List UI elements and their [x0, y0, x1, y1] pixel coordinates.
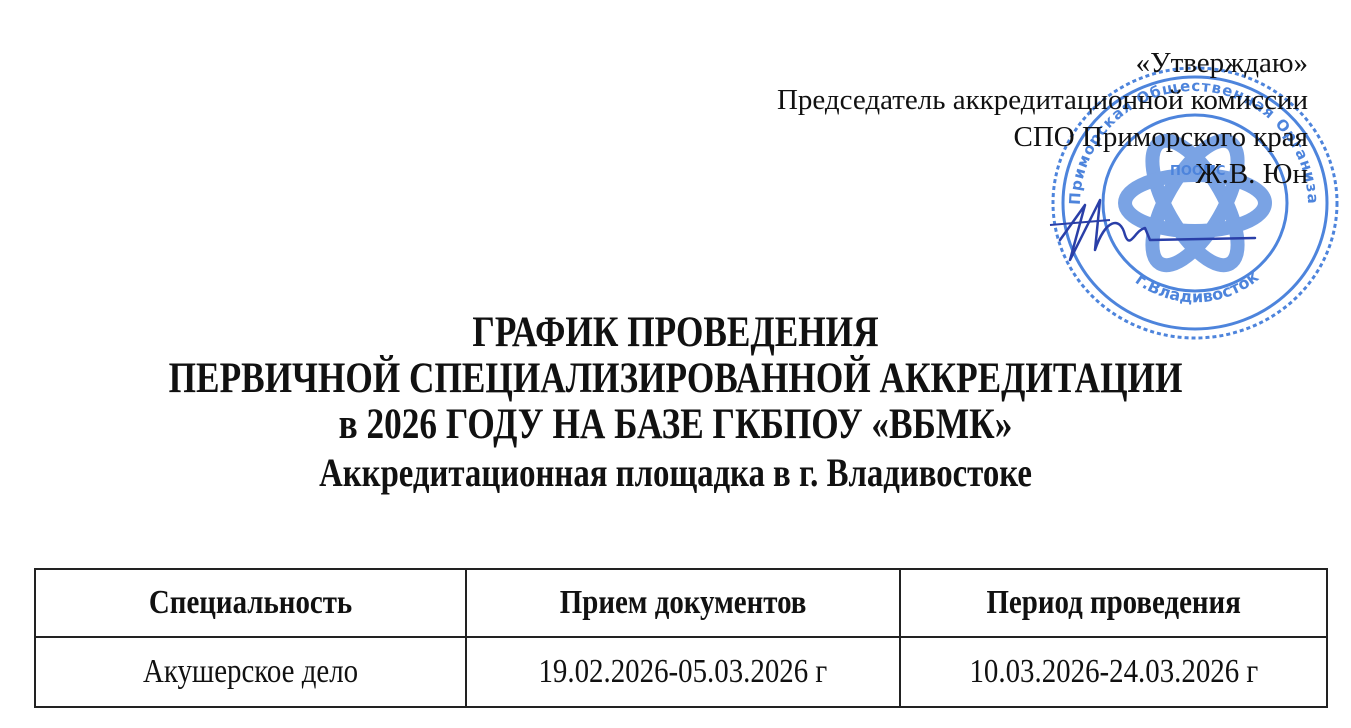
title-line-1: ГРАФИК ПРОВЕДЕНИЯ — [122, 310, 1230, 356]
approved-label: «Утверждаю» — [777, 45, 1308, 82]
header-specialty: Специальность — [35, 569, 466, 637]
approval-block: «Утверждаю» Председатель аккредитационно… — [777, 45, 1308, 193]
approver-organization: СПО Приморского края — [777, 119, 1308, 156]
approver-position: Председатель аккредитационной комиссии — [777, 82, 1308, 119]
schedule-table: Специальность Прием документов Период пр… — [34, 568, 1328, 708]
signature-icon — [1040, 180, 1260, 270]
cell-document-intake: 19.02.2026-05.03.2026 г — [466, 637, 900, 707]
header-document-intake: Прием документов — [466, 569, 900, 637]
header-period: Период проведения — [900, 569, 1327, 637]
table-header-row: Специальность Прием документов Период пр… — [35, 569, 1327, 637]
table-row: Акушерское дело 19.02.2026-05.03.2026 г … — [35, 637, 1327, 707]
cell-period: 10.03.2026-24.03.2026 г — [900, 637, 1327, 707]
title-line-2: ПЕРВИЧНОЙ СПЕЦИАЛИЗИРОВАННОЙ АККРЕДИТАЦИ… — [122, 356, 1230, 402]
title-line-4: Аккредитационная площадка в г. Владивост… — [122, 450, 1230, 496]
title-line-3: в 2026 ГОДУ НА БАЗЕ ГКБПОУ «ВБМК» — [122, 402, 1230, 448]
cell-specialty: Акушерское дело — [35, 637, 466, 707]
document-title: ГРАФИК ПРОВЕДЕНИЯ ПЕРВИЧНОЙ СПЕЦИАЛИЗИРО… — [0, 310, 1351, 496]
svg-text:г.Владивосток: г.Владивосток — [1132, 267, 1262, 307]
